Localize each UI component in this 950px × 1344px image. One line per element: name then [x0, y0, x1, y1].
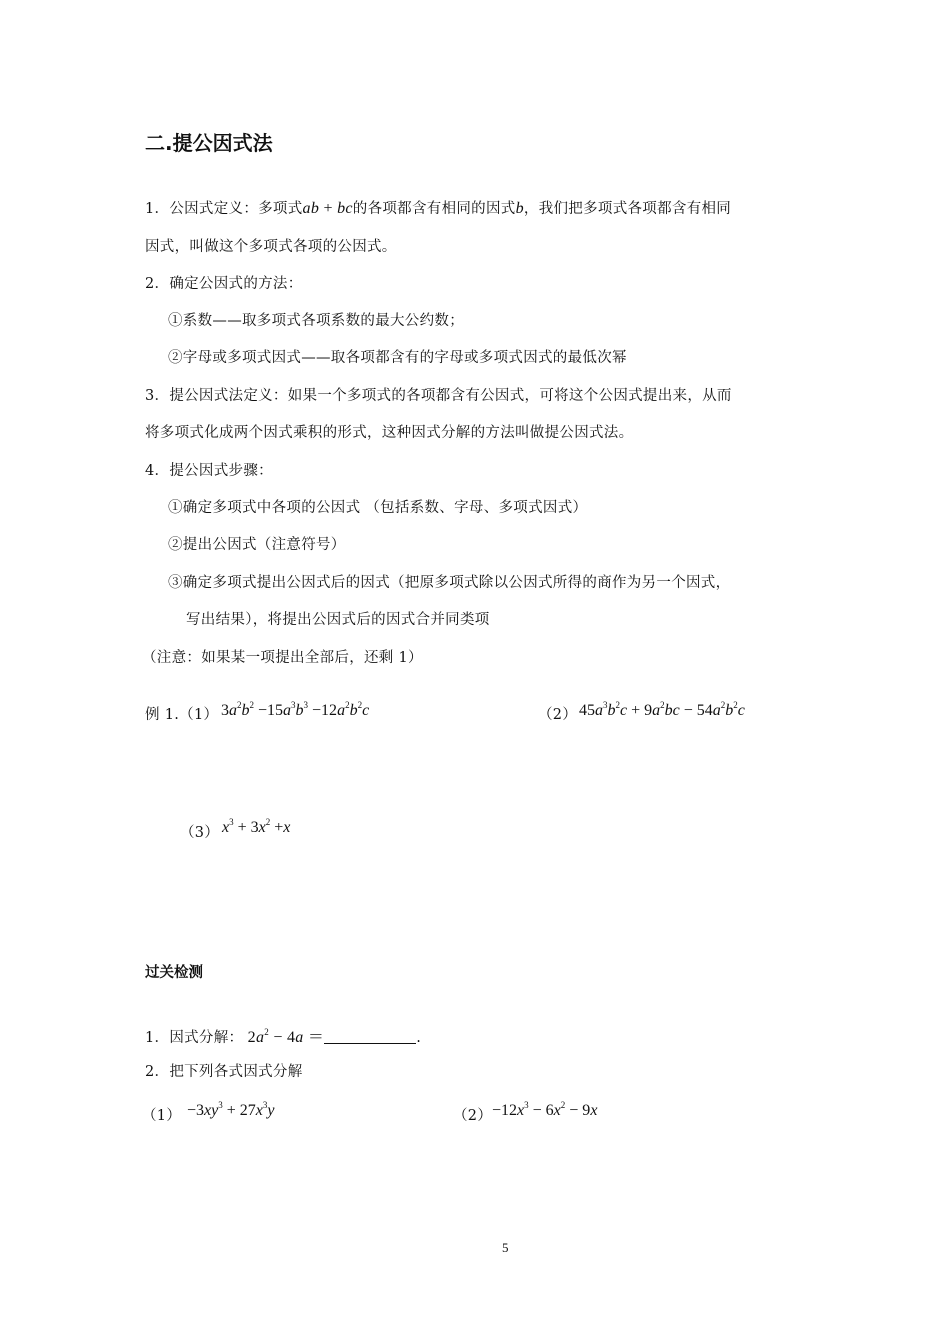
check-2-1-label: （1） [142, 1104, 181, 1125]
example-2-expression: 45a3b2c + 9a2bc − 54a2b2c [579, 702, 745, 720]
check-2-2-expression: −12x3 − 6x2 − 9x [492, 1102, 597, 1120]
check-heading: 过关检测 [145, 961, 203, 982]
note: （注意：如果某一项提出全部后，还剩 1） [142, 646, 423, 667]
definition-suffix: ，我们把多项式各项都含有相同 [524, 201, 731, 217]
step-3-line-2: 写出结果），将提出公因式后的因式合并同类项 [186, 608, 490, 629]
var-b: b [516, 200, 524, 217]
answer-blank[interactable] [324, 1029, 416, 1044]
expr-ab-bc: ab + bc [303, 200, 353, 217]
example-1-expression: 3a2b2 −15a3b3 −12a2b2c [221, 702, 369, 720]
steps-title: 4．提公因式步骤： [145, 459, 273, 480]
example-3-label: （3） [180, 821, 219, 842]
method-definition-line-2: 将多项式化成两个因式乘积的形式，这种因式分解的方法叫做提公因式法。 [145, 421, 633, 442]
example-1-label: 例 1.（1） [145, 703, 218, 724]
definition-mid: 的各项都含有相同的因式 [353, 201, 516, 217]
check-question-1: 1．因式分解： 2a2 − 4a ＝. [145, 1024, 421, 1047]
step-1: ①确定多项式中各项的公因式 （包括系数、字母、多项式因式） [168, 496, 587, 517]
check-question-2: 2．把下列各式因式分解 [145, 1060, 303, 1081]
step-2: ②提出公因式（注意符号） [168, 533, 346, 554]
definition-line-1: 1．公因式定义：多项式ab + bc的各项都含有相同的因式b，我们把多项式各项都… [145, 197, 731, 218]
definition-line-2: 因式，叫做这个多项式各项的公因式。 [145, 235, 397, 256]
method-item-2: ②字母或多项式因式——取各项都含有的字母或多项式因式的最低次幂 [168, 346, 627, 367]
check-2-2-label: （2） [453, 1104, 492, 1125]
period: . [416, 1030, 421, 1046]
check-question-1-label: 1．因式分解： [145, 1030, 243, 1046]
method-definition-line-1: 3．提公因式法定义：如果一个多项式的各项都含有公因式，可将这个公因式提出来，从而 [145, 384, 732, 405]
example-3-expression: x3 + 3x2 +x [222, 819, 290, 837]
method-item-1: ①系数——取多项式各项系数的最大公约数； [168, 309, 464, 330]
check-2-1-expression: −3xy3 + 27x3y [187, 1102, 274, 1120]
step-3-line-1: ③确定多项式提出公因式后的因式（把原多项式除以公因式所得的商作为另一个因式， [168, 571, 730, 592]
example-2-label: （2） [538, 703, 577, 724]
definition-prefix: 1．公因式定义：多项式 [145, 201, 303, 217]
page-number: 5 [502, 1240, 509, 1256]
method-title: 2．确定公因式的方法： [145, 272, 303, 293]
check-question-1-expression: 2a2 − 4a ＝ [243, 1029, 324, 1046]
section-title: 二.提公因式法 [145, 127, 273, 156]
